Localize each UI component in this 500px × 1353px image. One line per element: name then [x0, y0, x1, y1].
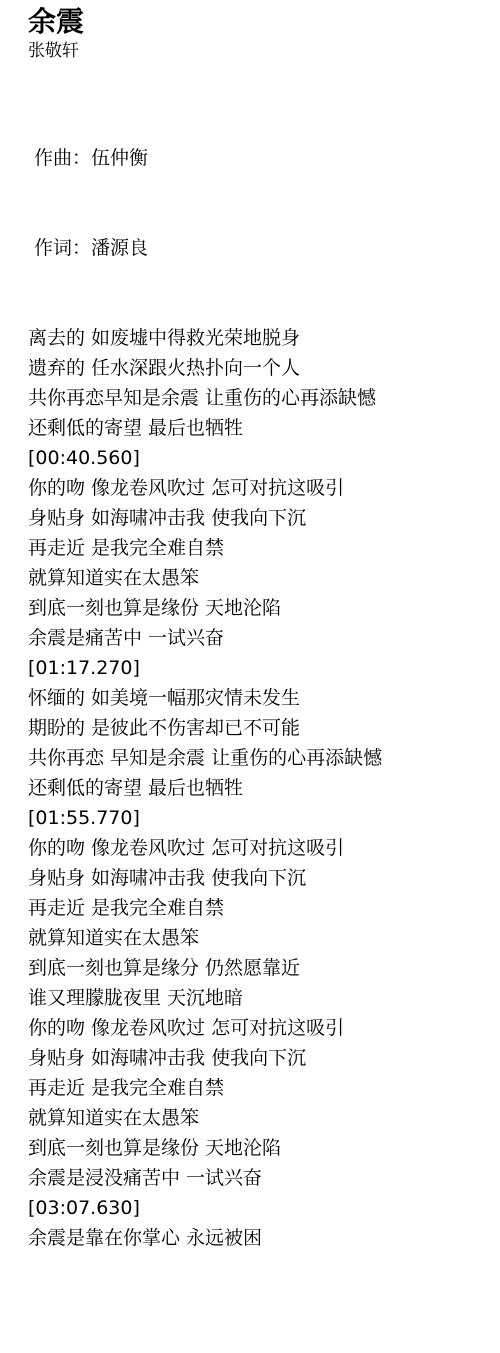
song-title: 余震: [28, 5, 480, 38]
lyric-line: 再走近 是我完全难自禁: [28, 533, 480, 563]
lyrics-block: 作曲：伍仲衡 作词：潘源良 离去的 如废墟中得救光荣地脱身遗弃的 任水深跟火热扑…: [28, 83, 480, 1313]
lyric-line: 余震是浸没痛苦中 一试兴奋: [28, 1163, 480, 1193]
lyric-line: 离去的 如废墟中得救光荣地脱身: [28, 323, 480, 353]
lyric-line: 身贴身 如海啸冲击我 使我向下沉: [28, 503, 480, 533]
artist-name: 张敬轩: [28, 40, 480, 62]
lyric-line: 就算知道实在太愚笨: [28, 1103, 480, 1133]
lyric-line: 还剩低的寄望 最后也牺牲: [28, 413, 480, 443]
lyric-line: 再走近 是我完全难自禁: [28, 1073, 480, 1103]
lyric-line: 就算知道实在太愚笨: [28, 923, 480, 953]
timestamp-line: [00:40.560]: [28, 443, 480, 473]
lyric-line: 余震是靠在你掌心 永远被困: [28, 1223, 480, 1253]
lyric-line: 就算知道实在太愚笨: [28, 563, 480, 593]
lyric-line: 到底一刻也算是缘分 仍然愿靠近: [28, 953, 480, 983]
lyric-line: 到底一刻也算是缘份 天地沦陷: [28, 593, 480, 623]
lyric-line: 谁又理朦胧夜里 天沉地暗: [28, 983, 480, 1013]
timestamp-line: [01:55.770]: [28, 803, 480, 833]
lyric-line: 你的吻 像龙卷风吹过 怎可对抗这吸引: [28, 473, 480, 503]
lyric-line: 身贴身 如海啸冲击我 使我向下沉: [28, 1043, 480, 1073]
credit-composer: 作曲：伍仲衡: [28, 143, 480, 173]
lyric-line: 你的吻 像龙卷风吹过 怎可对抗这吸引: [28, 1013, 480, 1043]
lyrics-page: 余震 张敬轩 作曲：伍仲衡 作词：潘源良 离去的 如废墟中得救光荣地脱身遗弃的 …: [0, 0, 500, 1353]
lyric-line: 余震是痛苦中 一试兴奋: [28, 623, 480, 653]
timestamp-line: [03:07.630]: [28, 1193, 480, 1223]
lyric-lines: 离去的 如废墟中得救光荣地脱身遗弃的 任水深跟火热扑向一个人共你再恋早知是余震 …: [28, 323, 480, 1253]
lyric-line: 共你再恋早知是余震 让重伤的心再添缺憾: [28, 383, 480, 413]
lyric-line: 还剩低的寄望 最后也牺牲: [28, 773, 480, 803]
lyric-line: 遗弃的 任水深跟火热扑向一个人: [28, 353, 480, 383]
timestamp-line: [01:17.270]: [28, 653, 480, 683]
lyric-line: 期盼的 是彼此不伤害却已不可能: [28, 713, 480, 743]
lyric-line: 你的吻 像龙卷风吹过 怎可对抗这吸引: [28, 833, 480, 863]
lyric-line: 共你再恋 早知是余震 让重伤的心再添缺憾: [28, 743, 480, 773]
lyric-line: 身贴身 如海啸冲击我 使我向下沉: [28, 863, 480, 893]
lyric-line: 到底一刻也算是缘份 天地沦陷: [28, 1133, 480, 1163]
lyric-line: 怀缅的 如美境一幅那灾情未发生: [28, 683, 480, 713]
lyric-line: 再走近 是我完全难自禁: [28, 893, 480, 923]
credit-lyricist: 作词：潘源良: [28, 233, 480, 263]
